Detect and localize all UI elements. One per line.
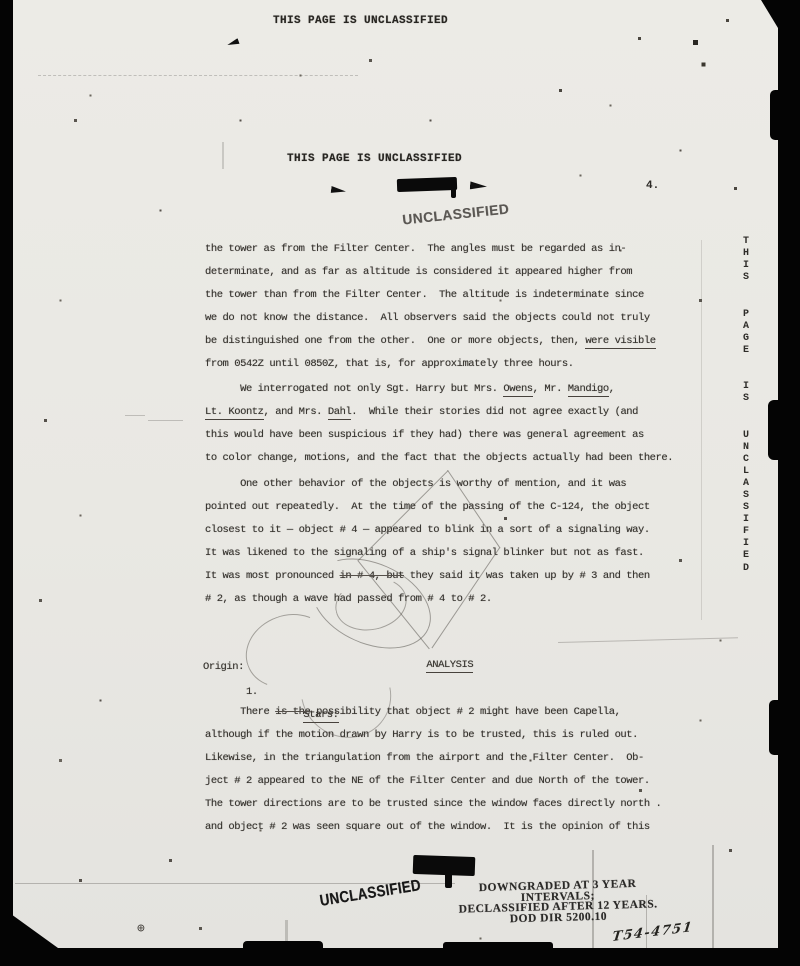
text-line: although if the motion drawn by Harry is…	[205, 724, 661, 747]
page-number: 4.	[646, 180, 659, 192]
scan-edge-blob	[768, 400, 778, 460]
pencil-bracket	[222, 142, 224, 169]
text-line: we do not know the distance. All observe…	[205, 307, 656, 330]
scan-edge-blob	[770, 90, 778, 140]
pencil-arrow-icon	[470, 181, 488, 190]
text-line: We interrogated not only Sgt. Harry but …	[205, 378, 673, 401]
scan-edge-blob	[13, 898, 58, 948]
downgrade-stamp: DOWNGRADED AT 3 YEAR INTERVALS; DECLASSI…	[442, 878, 673, 926]
redaction-drip	[451, 186, 456, 198]
paragraph-1: the tower as from the Filter Center. The…	[205, 238, 656, 376]
pencil-dash	[148, 420, 183, 421]
scan-edge-blob	[443, 942, 553, 948]
scratch-line	[712, 845, 714, 948]
text-line: be distinguished one from the other. One…	[205, 330, 656, 353]
text-line: There is the possibility that object # 2…	[205, 701, 661, 724]
text-line: ject # 2 appeared to the NE of the Filte…	[205, 770, 661, 793]
text-line: closest to it — object # 4 — appeared to…	[205, 519, 650, 542]
document-page: THIS PAGE IS UNCLASSIFIED THIS PAGE IS U…	[13, 0, 778, 948]
text-line: Likewise, in the triangulation from the …	[205, 747, 661, 770]
redaction-mark	[413, 855, 476, 876]
scan-edge-blob	[761, 0, 778, 28]
text-line: and object # 2 was seen square out of th…	[205, 816, 661, 839]
pencil-arrow-icon	[226, 38, 239, 48]
pencil-dash	[125, 415, 145, 416]
text-line: Lt. Koontz, and Mrs. Dahl. While their s…	[205, 401, 673, 424]
text-line: this would have been suspicious if they …	[205, 424, 673, 447]
text-line: pointed out repeatedly. At the time of t…	[205, 496, 650, 519]
analysis-heading-text: ANALYSIS	[426, 659, 473, 673]
unclassified-stamp-top: UNCLASSIFIED	[402, 200, 510, 227]
scanned-document-screenshot: { "page": { "header_top": "THIS PAGE IS …	[0, 0, 800, 966]
handwritten-reference: T54-4751	[611, 920, 694, 945]
paragraph-4: There is the possibility that object # 2…	[205, 701, 661, 839]
pencil-dash	[558, 637, 738, 643]
registration-mark-icon: ⊕	[137, 921, 145, 936]
text-line: the tower than from the Filter Center. T…	[205, 284, 656, 307]
text-line: the tower as from the Filter Center. The…	[205, 238, 656, 261]
text-line: One other behavior of the objects is wor…	[205, 473, 650, 496]
text-line: It was most pronounced in # 4, but they …	[205, 565, 650, 588]
paragraph-3: One other behavior of the objects is wor…	[205, 473, 650, 611]
scan-edge-blob	[243, 941, 323, 948]
pencil-arrow-icon	[331, 186, 347, 195]
text-line: It was likened to the signaling of a shi…	[205, 542, 650, 565]
paragraph-2: We interrogated not only Sgt. Harry but …	[205, 378, 673, 470]
scan-noise	[13, 0, 14, 1]
text-line: to color change, motions, and the fact t…	[205, 447, 673, 470]
origin-label: Origin:	[203, 656, 244, 679]
page-header-top: THIS PAGE IS UNCLASSIFIED	[273, 15, 448, 27]
page-header-mid: THIS PAGE IS UNCLASSIFIED	[287, 153, 462, 165]
text-line: determinate, and as far as altitude is c…	[205, 261, 656, 284]
side-vertical-text: T H I S P A G E I S U N C L A S S I F I …	[740, 236, 752, 575]
text-line: from 0542Z until 0850Z, that is, for app…	[205, 353, 656, 376]
text-line: The tower directions are to be trusted s…	[205, 793, 661, 816]
redaction-mark	[397, 177, 457, 192]
scratch-line	[701, 240, 702, 620]
scratch-line	[38, 75, 358, 76]
scan-edge-blob	[769, 700, 778, 755]
